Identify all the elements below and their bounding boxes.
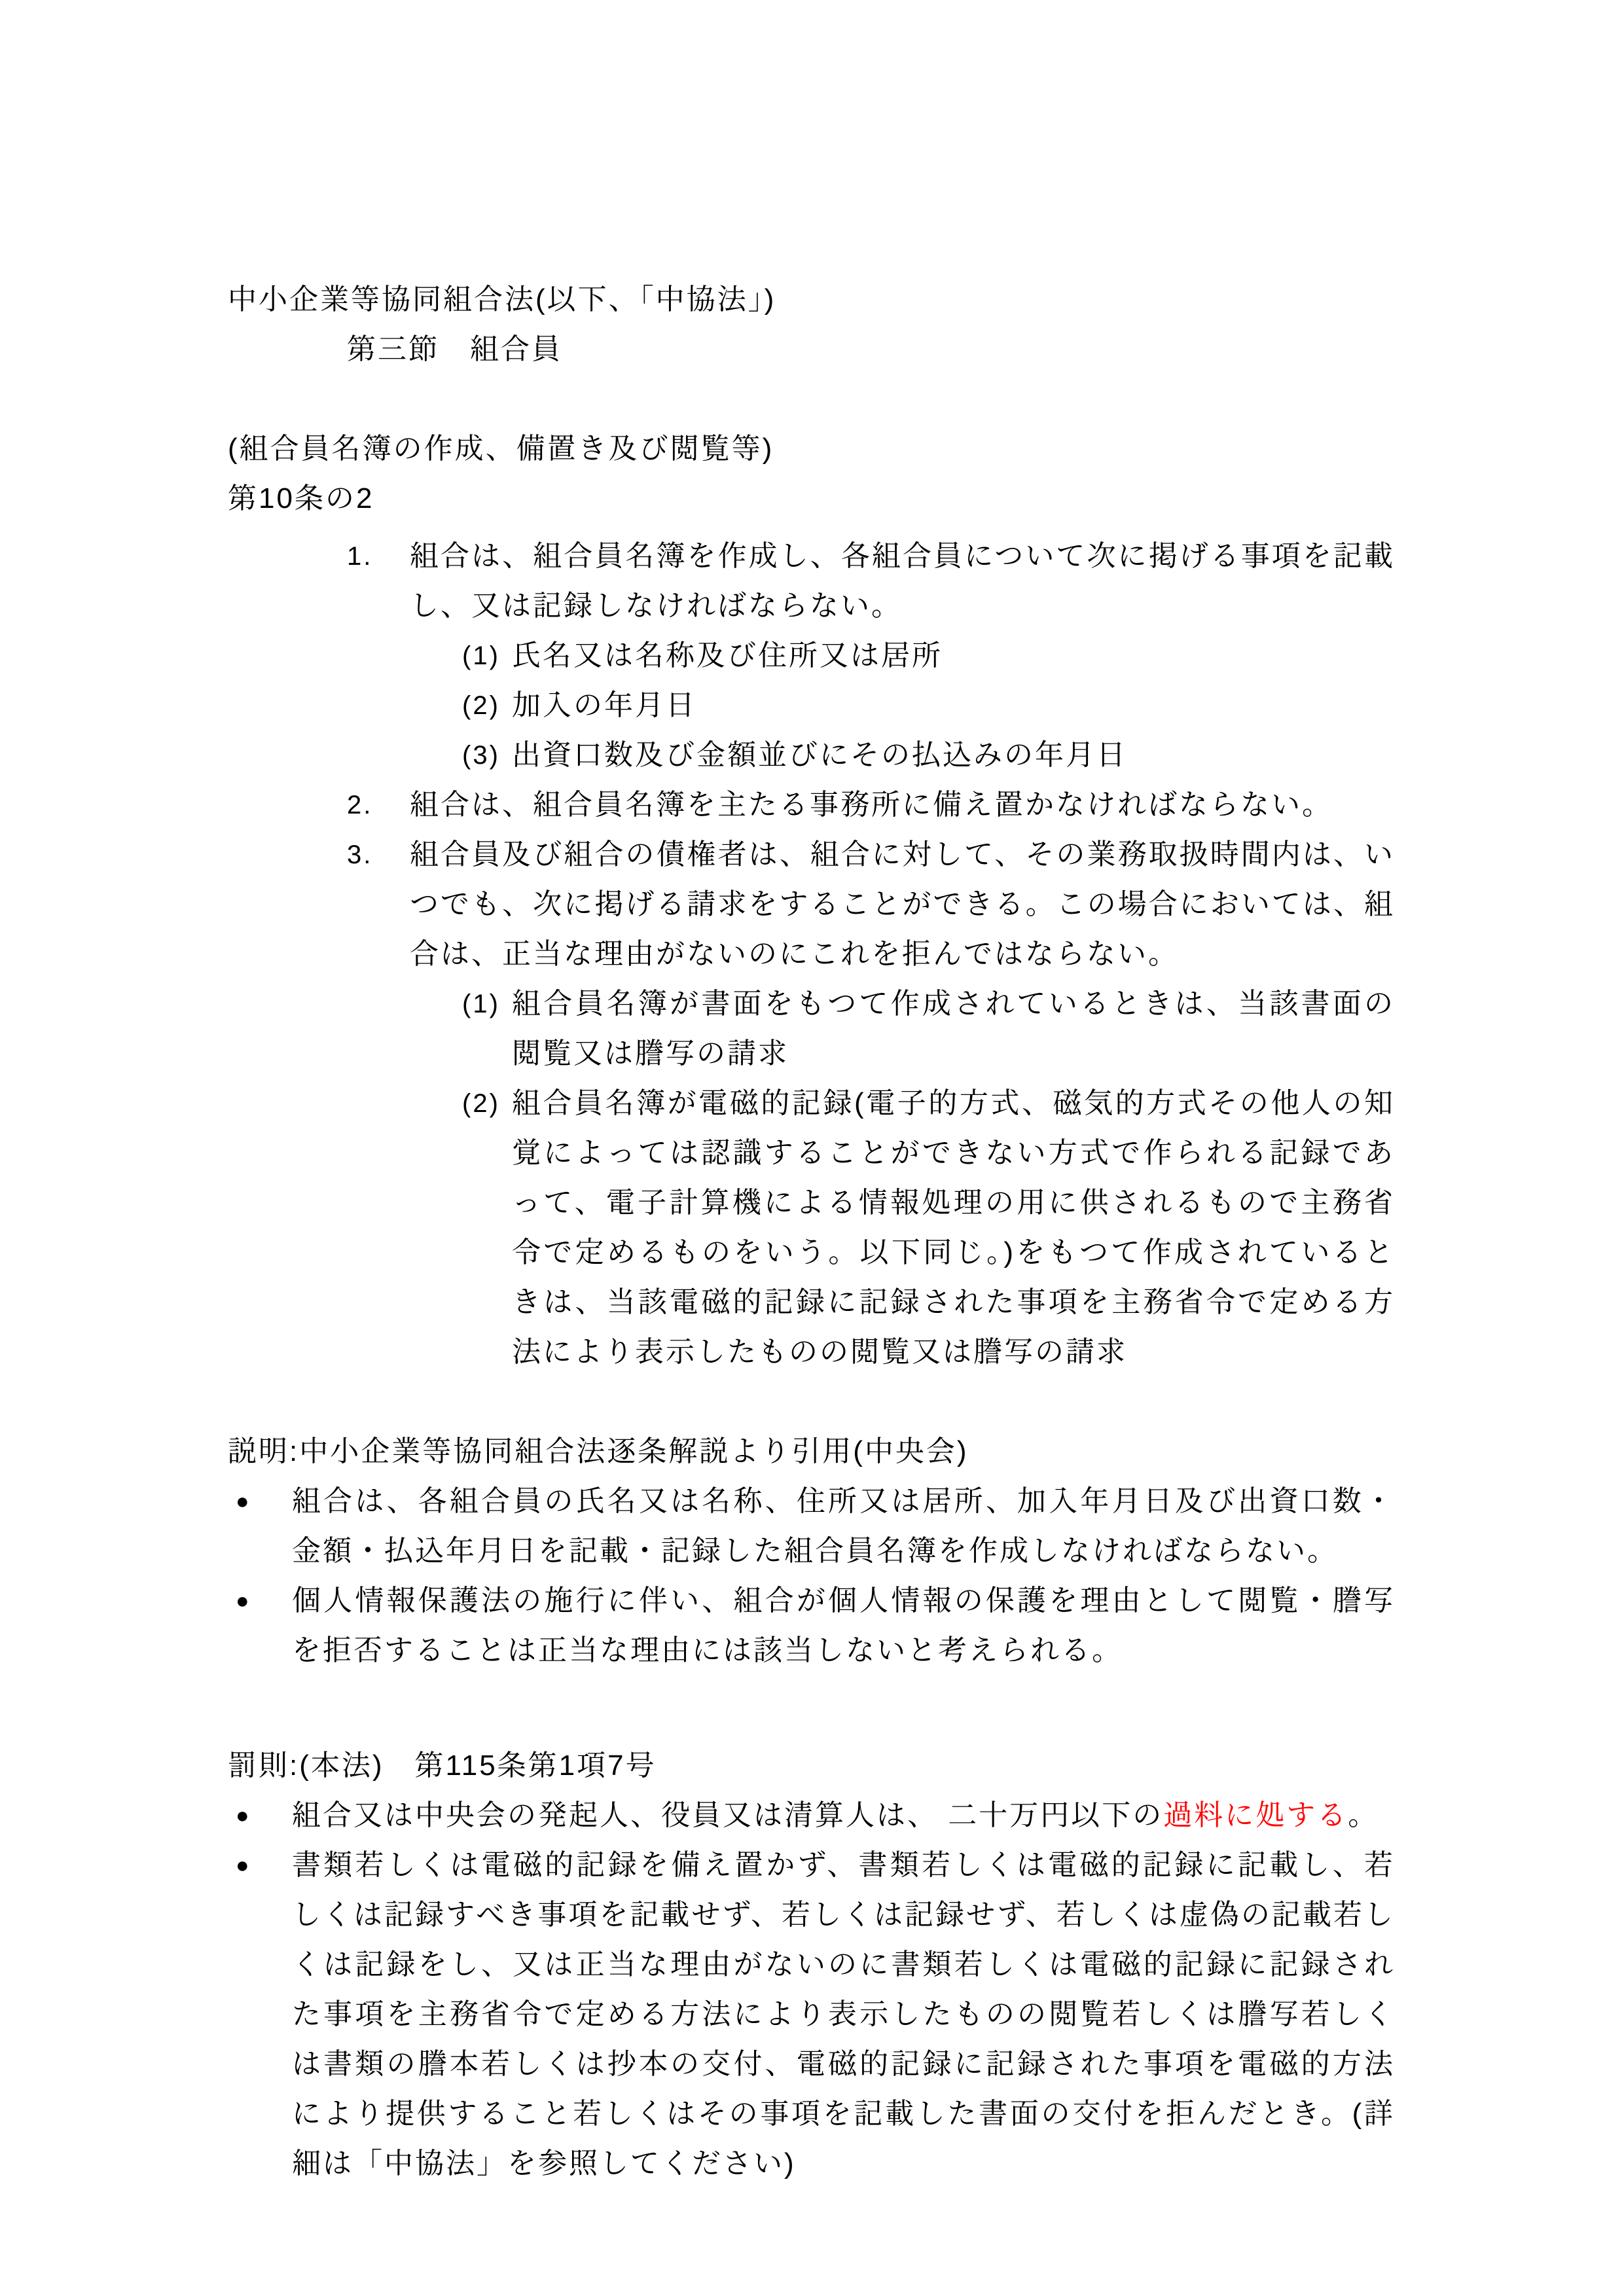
penalty-bullet: ● 書類若しくは電磁的記録を備え置かず、書類若しくは電磁的記録に記載し、若しくは…	[228, 1840, 1395, 2189]
list-item: 1. 組合は、組合員名簿を作成し、各組合員について次に掲げる事項を記載し、又は記…	[228, 531, 1395, 631]
sub-list-item: (2) 組合員名簿が電磁的記録(電子的方式、磁気的方式その他人の知覚によっては認…	[228, 1079, 1395, 1377]
item-number: 3.	[347, 830, 410, 880]
sub-list-item: (2) 加入の年月日	[228, 681, 1395, 730]
penalty-heading: 罰則:(本法) 第115条第1項7号	[228, 1741, 1395, 1791]
document-page: 中小企業等協同組合法(以下、「中協法」) 第三節 組合員 (組合員名簿の作成、備…	[0, 0, 1624, 2189]
item-number: 2.	[347, 780, 410, 830]
penalty-text-prefix: 組合又は中央会の発起人、役員又は清算人は、 二十万円以下の	[292, 1799, 1163, 1831]
law-title: 中小企業等協同組合法(以下、「中協法」)	[228, 275, 1395, 325]
sub-list-item: (3) 出資口数及び金額並びにその払込みの年月日	[228, 730, 1395, 780]
bullet-text: 書類若しくは電磁的記録を備え置かず、書類若しくは電磁的記録に記載し、若しくは記録…	[292, 1840, 1395, 2189]
bullet-text: 個人情報保護法の施行に伴い、組合が個人情報の保護を理由として閲覧・謄写を拒否する…	[292, 1576, 1395, 1676]
penalty-bullet: ● 組合又は中央会の発起人、役員又は清算人は、 二十万円以下の過料に処する。	[228, 1791, 1395, 1840]
item-text: 組合員及び組合の債権者は、組合に対して、その業務取扱時間内は、いつでも、次に掲げ…	[410, 830, 1395, 979]
item-text: 組合は、組合員名簿を主たる事務所に備え置かなければならない。	[410, 780, 1395, 830]
sub-item-number: (1)	[462, 979, 512, 1029]
sub-list-item: (1) 氏名又は名称及び住所又は居所	[228, 631, 1395, 681]
explanation-bullet: ● 個人情報保護法の施行に伴い、組合が個人情報の保護を理由として閲覧・謄写を拒否…	[228, 1576, 1395, 1676]
article-number: 第10条の2	[228, 474, 1395, 524]
sub-item-number: (1)	[462, 631, 512, 681]
sub-item-text: 加入の年月日	[512, 681, 1395, 730]
sub-item-text: 組合員名簿が書面をもつて作成されているときは、当該書面の閲覧又は謄写の請求	[512, 979, 1395, 1079]
sub-item-number: (3)	[462, 730, 512, 780]
list-item: 3. 組合員及び組合の債権者は、組合に対して、その業務取扱時間内は、いつでも、次…	[228, 830, 1395, 979]
sub-item-text: 氏名又は名称及び住所又は居所	[512, 631, 1395, 681]
blank-line	[228, 1676, 1395, 1741]
penalty-red-text: 過料に処する	[1163, 1799, 1348, 1831]
blank-line	[228, 374, 1395, 424]
explanation-bullet: ● 組合は、各組合員の氏名又は名称、住所又は居所、加入年月日及び出資口数・金額・…	[228, 1477, 1395, 1576]
sub-item-text: 組合員名簿が電磁的記録(電子的方式、磁気的方式その他人の知覚によっては認識するこ…	[512, 1079, 1395, 1377]
bullet-icon: ●	[236, 1791, 292, 1840]
bullet-icon: ●	[236, 1477, 292, 1526]
bullet-text: 組合又は中央会の発起人、役員又は清算人は、 二十万円以下の過料に処する。	[292, 1791, 1395, 1840]
section-heading: 第三節 組合員	[228, 325, 1395, 374]
bullet-icon: ●	[236, 1840, 292, 1890]
bullet-icon: ●	[236, 1576, 292, 1626]
article-caption: (組合員名簿の作成、備置き及び閲覧等)	[228, 424, 1395, 474]
item-text: 組合は、組合員名簿を作成し、各組合員について次に掲げる事項を記載し、又は記録しな…	[410, 531, 1395, 631]
article-paragraph-list: 1. 組合は、組合員名簿を作成し、各組合員について次に掲げる事項を記載し、又は記…	[228, 531, 1395, 1377]
list-item: 2. 組合は、組合員名簿を主たる事務所に備え置かなければならない。	[228, 780, 1395, 830]
sub-item-text: 出資口数及び金額並びにその払込みの年月日	[512, 730, 1395, 780]
sub-item-number: (2)	[462, 681, 512, 730]
explanation-heading: 説明:中小企業等協同組合法逐条解説より引用(中央会)	[228, 1427, 1395, 1477]
item-number: 1.	[347, 531, 410, 581]
sub-list-item: (1) 組合員名簿が書面をもつて作成されているときは、当該書面の閲覧又は謄写の請…	[228, 979, 1395, 1079]
penalty-text-suffix: 。	[1348, 1799, 1379, 1831]
blank-line	[228, 1377, 1395, 1427]
sub-item-number: (2)	[462, 1079, 512, 1128]
bullet-text: 組合は、各組合員の氏名又は名称、住所又は居所、加入年月日及び出資口数・金額・払込…	[292, 1477, 1395, 1576]
